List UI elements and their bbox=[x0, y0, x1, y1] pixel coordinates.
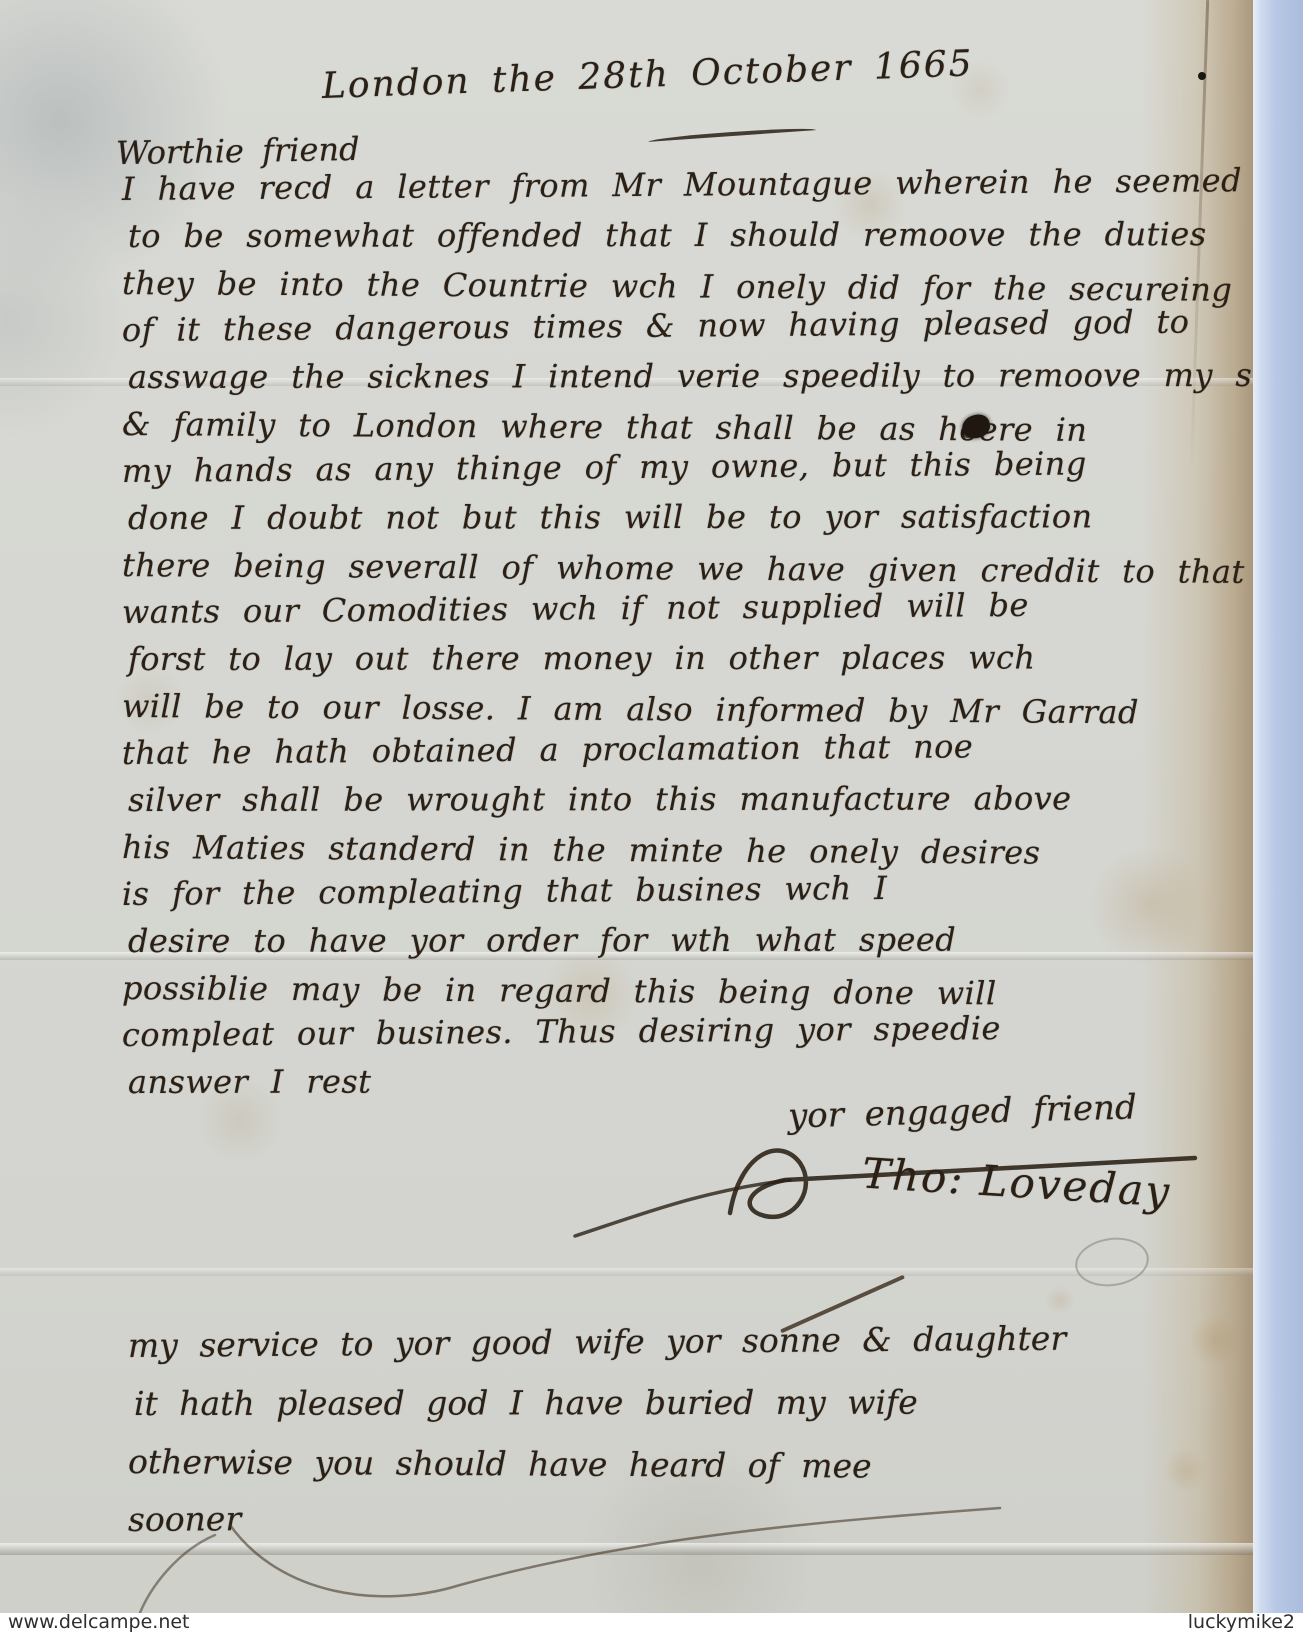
manuscript-line: I have recd a letter from Mr Mountague w… bbox=[122, 161, 1212, 217]
manuscript-line: is for the compleating that busines wch … bbox=[122, 866, 1212, 922]
manuscript-line: desire to have yor order for wth what sp… bbox=[128, 920, 1218, 969]
watermark-strip: www.delcampe.net luckymike2 bbox=[0, 1613, 1303, 1632]
delcampe-watermark: www.delcampe.net bbox=[8, 1613, 190, 1632]
blue-backing-strip bbox=[1253, 0, 1303, 1613]
date-underline-flourish bbox=[648, 126, 816, 142]
fold-crease bbox=[0, 1268, 1253, 1276]
letter-salutation: Worthie friend bbox=[116, 130, 360, 172]
letter-paper: London the 28th October 1665 Worthie fri… bbox=[0, 0, 1253, 1613]
ink-dot-stain bbox=[1198, 72, 1206, 80]
scanned-letter-photo: London the 28th October 1665 Worthie fri… bbox=[0, 0, 1303, 1632]
manuscript-line: asswage the sicknes I intend verie speed… bbox=[128, 356, 1218, 405]
seller-watermark: luckymike2 bbox=[1188, 1613, 1295, 1632]
manuscript-line: that he hath obtained a proclamation tha… bbox=[122, 725, 1212, 781]
manuscript-line: to be somewhat offended that I should re… bbox=[128, 215, 1218, 264]
postscript-flourish bbox=[120, 1490, 1020, 1620]
manuscript-line: my hands as any thinge of my owne, but t… bbox=[122, 443, 1212, 499]
manuscript-line: wants our Comodities wch if not supplied… bbox=[122, 584, 1212, 640]
manuscript-line: compleat our busines. Thus desiring yor … bbox=[122, 1007, 1212, 1063]
manuscript-line: forst to lay out there money in other pl… bbox=[128, 638, 1218, 687]
postscript-line: my service to yor good wife yor sonne & … bbox=[128, 1318, 1178, 1384]
postscript-line: it hath pleased god I have buried my wif… bbox=[134, 1382, 1184, 1442]
manuscript-line: done I doubt not but this will be to yor… bbox=[128, 497, 1218, 546]
letter-dateline: London the 28th October 1665 bbox=[321, 43, 974, 107]
letter-body: I have recd a letter from Mr Mountague w… bbox=[122, 170, 1212, 1110]
manuscript-line: silver shall be wrought into this manufa… bbox=[128, 779, 1218, 828]
manuscript-line: of it these dangerous times & now having… bbox=[122, 302, 1212, 358]
